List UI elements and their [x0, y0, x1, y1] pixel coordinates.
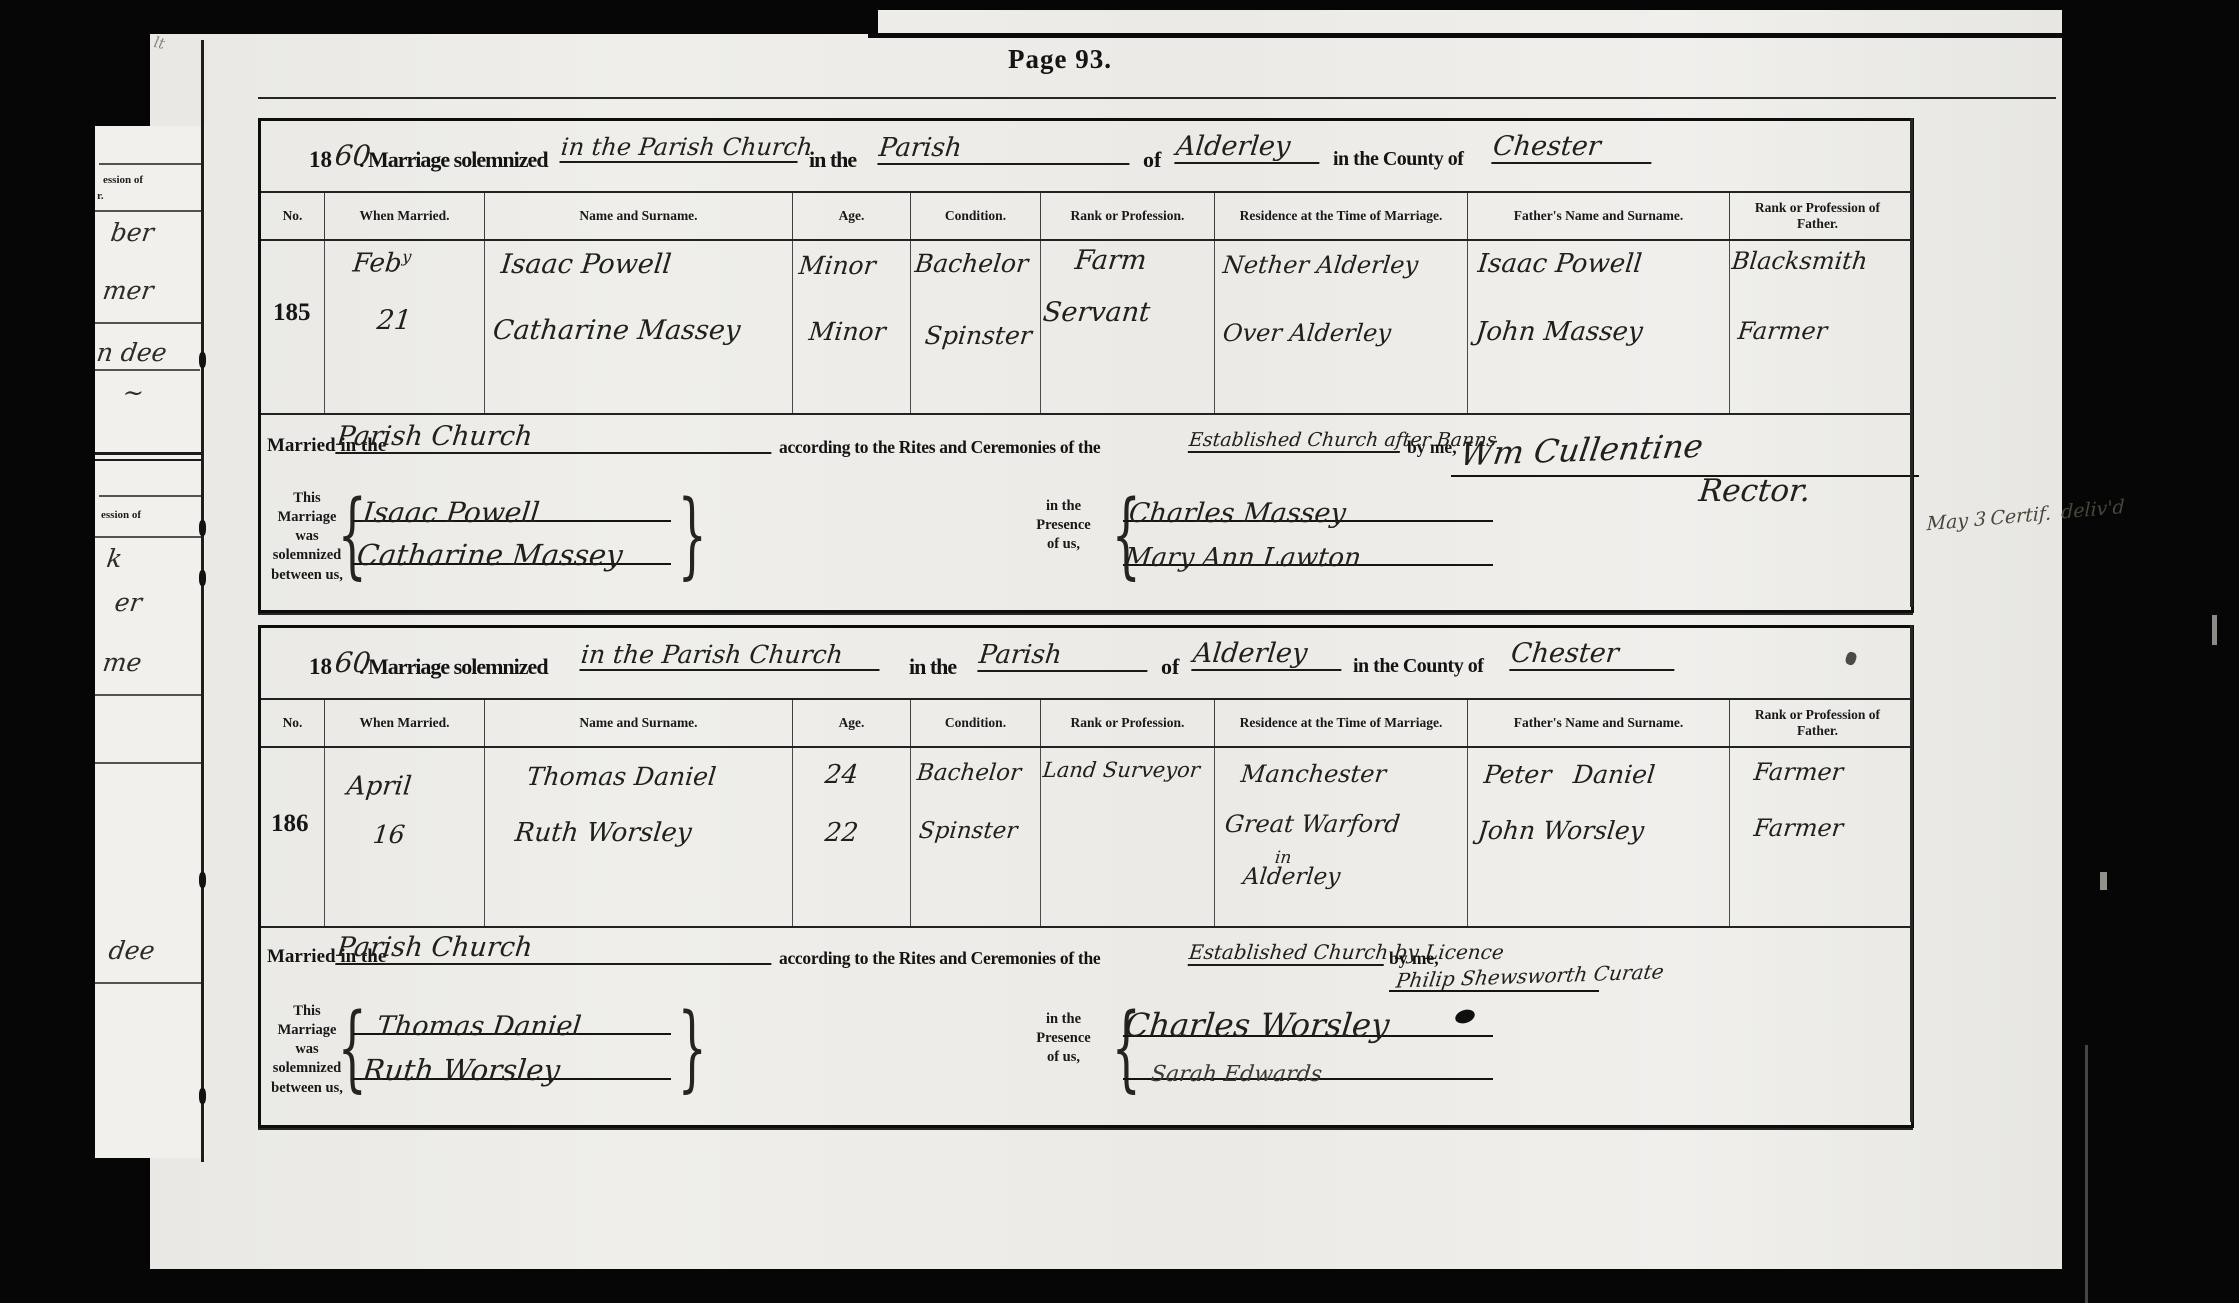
cell-age: Minor Minor	[793, 241, 911, 413]
strip-rule	[95, 322, 203, 324]
label-line: solemnized	[265, 546, 349, 565]
column-header-father-rank: Rank or Profession of Father.	[1730, 193, 1905, 239]
table-header-row: No. When Married. Name and Surname. Age.…	[261, 698, 1911, 748]
groom-age: 24	[823, 760, 859, 790]
groom-age: Minor	[797, 251, 877, 280]
presence-label: in the Presence of us,	[1016, 497, 1111, 554]
outer-frame-line	[1910, 118, 1913, 607]
cell-father-name: Isaac Powell John Massey	[1468, 241, 1730, 413]
strip-handwriting-fragment: k	[105, 544, 124, 573]
strip-handwriting-fragment: er	[113, 588, 144, 617]
this-marriage-label: This Marriage was solemnized between us,	[265, 1002, 349, 1098]
column-header-father-name: Father's Name and Surname.	[1468, 193, 1730, 239]
marriage-solemnized-label: . Marriage solemnized	[359, 147, 548, 173]
column-header-residence: Residence at the Time of Marriage.	[1215, 700, 1468, 746]
marriage-entry-186: 18 60 . Marriage solemnized in the Paris…	[258, 625, 1914, 1128]
label-line: of us,	[1016, 1048, 1111, 1067]
cell-names: Thomas Daniel Ruth Worsley	[485, 748, 793, 926]
scan-shadow	[150, 10, 878, 34]
scan-speck	[2212, 615, 2217, 645]
label-line: was	[265, 1040, 349, 1059]
county-label: in the County of	[1353, 655, 1483, 678]
strip-divider	[95, 452, 203, 455]
when-married-day: 21	[375, 305, 413, 336]
cell-father-rank: Farmer Farmer	[1730, 748, 1905, 926]
strip-handwriting-fragment: mer	[101, 276, 156, 305]
cell-father-name: Peter Daniel John Worsley	[1468, 748, 1730, 926]
column-header-residence: Residence at the Time of Marriage.	[1215, 193, 1468, 239]
binding-stitch	[199, 570, 206, 586]
page-number: Page 93.	[1008, 44, 1112, 75]
column-header-no: No.	[261, 700, 325, 746]
month-text: April	[345, 772, 413, 802]
parish-name-handwritten: Alderley	[1174, 131, 1322, 164]
signature-row: This Marriage was solemnized between us,…	[261, 481, 1911, 610]
marriage-entry-185: 18 60 . Marriage solemnized in the Paris…	[258, 118, 1914, 613]
officiant-signature: Wm Cullentine	[1458, 427, 1706, 473]
bride-condition: Spinster	[918, 818, 1019, 844]
register-scan: lt Page 93. ession of r. ber mer n dee ~…	[0, 0, 2239, 1303]
label-line: Presence	[1016, 516, 1111, 535]
year-prefix: 18	[309, 654, 332, 680]
column-header-age: Age.	[793, 193, 911, 239]
header-rule	[258, 97, 2056, 99]
cell-names: Isaac Powell Catharine Massey	[485, 241, 793, 413]
strip-header-fragment: ession of	[101, 509, 141, 521]
column-header-when-married: When Married.	[325, 700, 485, 746]
entry-row: 185 Feby 21 Isaac Powell Catharine Masse…	[261, 241, 1911, 415]
bride-residence-line3: Alderley	[1242, 864, 1342, 890]
entry-heading: 18 60 . Marriage solemnized in the Paris…	[261, 121, 1911, 191]
witness-2-signature: Sarah Edwards	[1150, 1062, 1324, 1087]
entry-separator-line	[258, 1128, 1913, 1130]
cell-no: 186	[261, 748, 325, 926]
strip-rule	[99, 163, 203, 165]
strip-header-fragment: ession of	[103, 174, 143, 186]
binding-stitch	[199, 1088, 206, 1104]
column-header-age: Age.	[793, 700, 911, 746]
strip-handwriting-fragment: n dee	[95, 338, 169, 367]
column-header-name-surname: Name and Surname.	[485, 700, 793, 746]
according-label: according to the Rites and Ceremonies of…	[779, 437, 1100, 458]
month-text: Feb	[351, 249, 403, 279]
binding-stitch	[199, 872, 206, 888]
entry-number: 186	[271, 810, 309, 838]
bride-condition: Spinster	[923, 321, 1033, 350]
presence-label: in the Presence of us,	[1016, 1010, 1111, 1067]
entry-number: 185	[273, 299, 311, 327]
bride-age: Minor	[807, 317, 887, 346]
entry-row: 186 April 16 Thomas Daniel Ruth Worsley …	[261, 748, 1911, 928]
strip-rule	[99, 495, 203, 497]
groom-name: Isaac Powell	[499, 249, 672, 280]
entry-heading: 18 60 . Marriage solemnized in the Paris…	[261, 628, 1911, 698]
groom-name: Thomas Daniel	[525, 762, 717, 791]
label-line: between us,	[265, 566, 349, 585]
this-marriage-label: This Marriage was solemnized between us,	[265, 489, 349, 585]
bride-name: Catharine Massey	[491, 315, 742, 346]
rank-line-1: Farm	[1073, 245, 1148, 276]
when-married-month: Feby	[351, 247, 412, 279]
bride-father-name: John Worsley	[1476, 816, 1645, 845]
column-header-father-rank: Rank or Profession of Father.	[1730, 700, 1905, 746]
close-brace: }	[678, 1001, 707, 1095]
label-line: This Marriage	[265, 1002, 349, 1040]
outer-frame-line	[1910, 625, 1913, 1122]
groom-condition: Bachelor	[913, 249, 1029, 278]
witness-1-line: Charles Worsley	[1123, 992, 1493, 1037]
strip-rule	[95, 982, 201, 984]
married-in-handwritten: Parish Church	[335, 932, 774, 965]
cell-residence: Manchester Great Warford in Alderley	[1215, 748, 1468, 926]
by-me-label: by me,	[1407, 437, 1457, 458]
groom-father-rank: Blacksmith	[1731, 247, 1869, 275]
column-header-rank: Rank or Profession.	[1041, 700, 1215, 746]
strip-rule	[95, 694, 201, 696]
officiant-signature-rule	[1451, 475, 1919, 477]
ink-blot	[1453, 1007, 1476, 1026]
witness-1-line: Charles Massey	[1123, 481, 1493, 522]
bride-father-name: John Massey	[1474, 317, 1644, 347]
according-label: according to the Rites and Ceremonies of…	[779, 948, 1100, 969]
column-header-father-name: Father's Name and Surname.	[1468, 700, 1730, 746]
groom-father-name: Peter Daniel	[1482, 760, 1656, 789]
label-line: in the	[1016, 1010, 1111, 1029]
rank-line-2: Servant	[1041, 297, 1151, 328]
cell-rank: Farm Servant	[1041, 241, 1215, 413]
when-married-day: 16	[371, 820, 406, 849]
cell-age: 24 22	[793, 748, 911, 926]
year-prefix: 18	[309, 147, 332, 173]
book-binding-edge	[201, 40, 204, 1162]
column-header-no: No.	[261, 193, 325, 239]
cell-condition: Bachelor Spinster	[911, 241, 1041, 413]
groom-father-name: Isaac Powell	[1476, 249, 1643, 279]
when-married-month: April	[345, 770, 413, 802]
month-superscript: y	[401, 247, 412, 266]
groom-rank: Land Surveyor	[1042, 758, 1201, 782]
strip-handwriting-fragment: me	[101, 648, 144, 677]
column-header-condition: Condition.	[911, 193, 1041, 239]
scan-crease	[2085, 1045, 2088, 1303]
bride-father-rank: Farmer	[1737, 317, 1829, 345]
bride-age: 22	[823, 818, 859, 848]
groom-signature-line: Thomas Daniel	[353, 994, 671, 1035]
label-line: in the	[1016, 497, 1111, 516]
cell-father-rank: Blacksmith Farmer	[1730, 241, 1905, 413]
column-header-when-married: When Married.	[325, 193, 485, 239]
binding-stitch	[199, 520, 206, 536]
column-header-condition: Condition.	[911, 700, 1041, 746]
rites-handwritten: Established Church after Banns	[1188, 429, 1403, 453]
cell-no: 185	[261, 241, 325, 413]
by-me-label: by me,	[1389, 948, 1439, 969]
groom-condition: Bachelor	[916, 760, 1023, 786]
entry-separator-line	[258, 613, 1913, 615]
previous-page-sliver: ession of r. ber mer n dee ~ ession of k…	[95, 126, 205, 1158]
strip-rule	[95, 369, 200, 371]
in-the-label: in the	[909, 654, 956, 680]
binding-stitch	[199, 352, 206, 368]
strip-handwriting-fragment: ber	[109, 218, 156, 247]
label-line: solemnized	[265, 1059, 349, 1078]
label-line: of us,	[1016, 535, 1111, 554]
strip-handwriting-fragment: dee	[107, 936, 157, 965]
in-the-label: in the	[809, 147, 856, 173]
groom-residence: Nether Alderley	[1222, 251, 1420, 279]
bride-signature: Ruth Worsley	[361, 1053, 562, 1087]
column-header-rank: Rank or Profession.	[1041, 193, 1215, 239]
married-in-line: Married in the Parish Church according t…	[261, 928, 1911, 992]
county-name-handwritten: Chester	[1509, 638, 1677, 671]
cell-residence: Nether Alderley Over Alderley	[1215, 241, 1468, 413]
witness-2-line: Mary Ann Lawton	[1123, 523, 1493, 566]
column-header-name-surname: Name and Surname.	[485, 193, 793, 239]
married-in-line: Married in the Parish Church according t…	[261, 415, 1911, 481]
bride-signature-line: Ruth Worsley	[353, 1036, 671, 1080]
church-handwritten: in the Parish Church	[579, 640, 882, 671]
strip-rule	[95, 210, 203, 212]
strip-rule	[95, 762, 201, 764]
rites-handwritten: Established Church by Licence	[1188, 940, 1387, 966]
officiant-title: Rector.	[1697, 473, 1812, 509]
marriage-solemnized-label: . Marriage solemnized	[359, 654, 548, 680]
signature-row: This Marriage was solemnized between us,…	[261, 992, 1911, 1125]
strip-divider	[95, 459, 203, 461]
close-brace: }	[678, 488, 707, 582]
parish-word-handwritten: Parish	[977, 640, 1150, 672]
parish-name-handwritten: Alderley	[1191, 638, 1344, 671]
label-line: was	[265, 527, 349, 546]
witness-2-line: Sarah Edwards	[1123, 1038, 1493, 1080]
cell-when-married: Feby 21	[325, 241, 485, 413]
married-in-handwritten: Parish Church	[335, 421, 774, 454]
bride-signature: Catharine Massey	[355, 538, 624, 572]
bride-residence: Over Alderley	[1222, 319, 1393, 347]
church-handwritten: in the Parish Church	[559, 133, 800, 163]
label-line: between us,	[265, 1079, 349, 1098]
cell-condition: Bachelor Spinster	[911, 748, 1041, 926]
strip-rule	[95, 536, 203, 538]
bride-father-rank: Farmer	[1753, 814, 1845, 842]
strip-header-fragment: r.	[97, 190, 104, 202]
bride-residence-line1: Great Warford	[1224, 810, 1402, 838]
bride-signature-line: Catharine Massey	[353, 523, 671, 565]
strip-handwriting-fragment: ~	[121, 378, 146, 407]
parish-word-handwritten: Parish	[877, 133, 1132, 165]
label-line: Presence	[1016, 1029, 1111, 1048]
of-label: of	[1143, 147, 1161, 173]
cell-when-married: April 16	[325, 748, 485, 926]
bride-name: Ruth Worsley	[513, 818, 693, 848]
county-label: in the County of	[1333, 148, 1463, 171]
margin-note-line: deliv'd	[2061, 496, 2125, 524]
witness-2-signature: Mary Ann Lawton	[1123, 543, 1362, 573]
groom-residence: Manchester	[1240, 760, 1388, 788]
label-line: This Marriage	[265, 489, 349, 527]
county-name-handwritten: Chester	[1491, 131, 1654, 164]
groom-father-rank: Farmer	[1753, 758, 1845, 786]
page-top-edge	[868, 33, 2062, 38]
scan-speck	[2100, 872, 2107, 890]
groom-signature-line: Isaac Powell	[353, 481, 671, 522]
cell-rank: Land Surveyor	[1041, 748, 1215, 926]
table-header-row: No. When Married. Name and Surname. Age.…	[261, 191, 1911, 241]
of-label: of	[1161, 654, 1179, 680]
